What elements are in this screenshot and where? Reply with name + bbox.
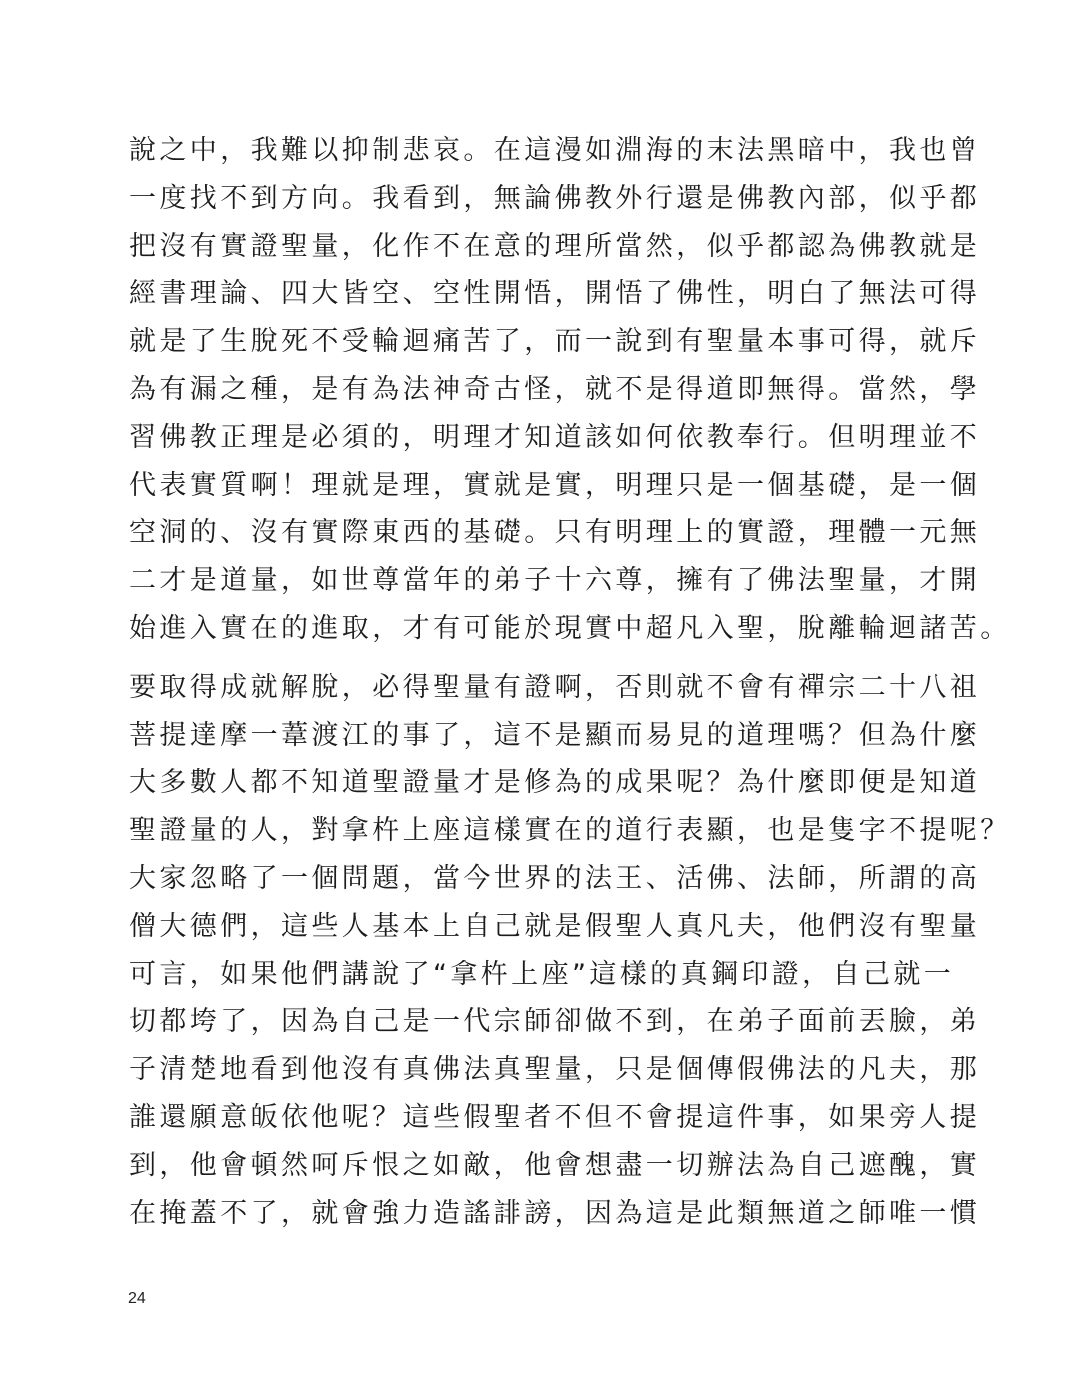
text-line: 大多數人都不知道聖證量才是修為的成果呢？為什麼即便是知道 bbox=[129, 759, 949, 807]
text-line: 聖證量的人，對拿杵上座這樣實在的道行表顯，也是隻字不提呢？ bbox=[129, 807, 949, 855]
text-line: 始進入實在的進取，才有可能於現實中超凡入聖，脫離輪迴諸苦。 bbox=[129, 605, 949, 653]
text-line: 把沒有實證聖量，化作不在意的理所當然，似乎都認為佛教就是 bbox=[129, 223, 949, 271]
text-line: 經書理論、四大皆空、空性開悟，開悟了佛性，明白了無法可得 bbox=[129, 270, 949, 318]
text-line: 菩提達摩一葦渡江的事了，這不是顯而易見的道理嗎？但為什麼 bbox=[129, 712, 949, 760]
text-line: 切都垮了，因為自己是一代宗師卻做不到，在弟子面前丟臉，弟 bbox=[129, 998, 949, 1046]
text-line: 子清楚地看到他沒有真佛法真聖量，只是個傳假佛法的凡夫，那 bbox=[129, 1046, 949, 1094]
text-line: 可言，如果他們講說了“拿杵上座”這樣的真鋼印證，自己就一 bbox=[129, 951, 949, 999]
document-page: 說之中，我難以抑制悲哀。在這漫如淵海的末法黑暗中，我也曾 一度找不到方向。我看到… bbox=[0, 0, 1080, 1397]
text-line: 空洞的、沒有實際東西的基礎。只有明理上的實證，理體一元無 bbox=[129, 509, 949, 557]
text-line: 僧大德們，這些人基本上自己就是假聖人真凡夫，他們沒有聖量 bbox=[129, 903, 949, 951]
paragraph-2: 要取得成就解脫，必得聖量有證啊，否則就不會有禪宗二十八祖 菩提達摩一葦渡江的事了… bbox=[129, 664, 949, 1238]
text-line: 誰還願意皈依他呢？這些假聖者不但不會提這件事，如果旁人提 bbox=[129, 1094, 949, 1142]
text-line: 就是了生脫死不受輪迴痛苦了，而一說到有聖量本事可得，就斥 bbox=[129, 318, 949, 366]
text-line: 大家忽略了一個問題，當今世界的法王、活佛、法師，所謂的高 bbox=[129, 855, 949, 903]
text-line: 二才是道量，如世尊當年的弟子十六尊，擁有了佛法聖量，才開 bbox=[129, 557, 949, 605]
text-line: 為有漏之種，是有為法神奇古怪，就不是得道即無得。當然，學 bbox=[129, 366, 949, 414]
text-line: 說之中，我難以抑制悲哀。在這漫如淵海的末法黑暗中，我也曾 bbox=[129, 127, 949, 175]
body-text: 說之中，我難以抑制悲哀。在這漫如淵海的末法黑暗中，我也曾 一度找不到方向。我看到… bbox=[129, 127, 949, 1237]
text-line: 到，他會頓然呵斥恨之如敵，他會想盡一切辦法為自己遮醜，實 bbox=[129, 1142, 949, 1190]
text-line: 習佛教正理是必須的，明理才知道該如何依教奉行。但明理並不 bbox=[129, 414, 949, 462]
text-line: 在掩蓋不了，就會強力造謠誹謗，因為這是此類無道之師唯一慣 bbox=[129, 1190, 949, 1238]
paragraph-1: 說之中，我難以抑制悲哀。在這漫如淵海的末法黑暗中，我也曾 一度找不到方向。我看到… bbox=[129, 127, 949, 653]
text-line: 要取得成就解脫，必得聖量有證啊，否則就不會有禪宗二十八祖 bbox=[129, 664, 949, 712]
page-number: 24 bbox=[128, 1290, 146, 1308]
text-line: 一度找不到方向。我看到，無論佛教外行還是佛教內部，似乎都 bbox=[129, 175, 949, 223]
text-line: 代表實質啊！理就是理，實就是實，明理只是一個基礎，是一個 bbox=[129, 462, 949, 510]
